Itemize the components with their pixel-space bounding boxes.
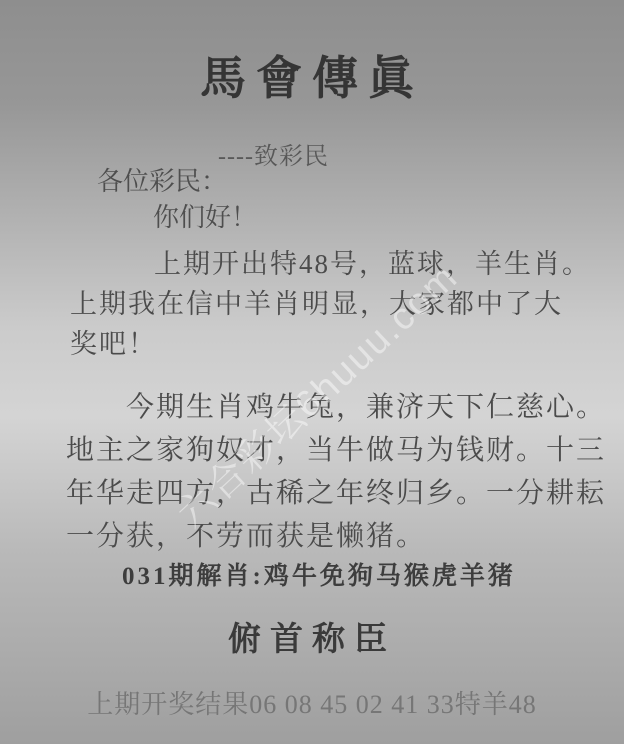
greeting: 你们好！: [153, 197, 257, 234]
paragraph-line: 今期生肖鸡牛兔，兼济天下仁慈心。: [66, 386, 564, 429]
paragraph-previous-result: 上期开出特48号，蓝球，羊生肖。 上期我在信中羊肖明显，大家都中了大 奖吧！: [70, 244, 562, 364]
paragraph-line: 年华走四方，古稀之年终归乡。一分耕耘: [66, 472, 564, 515]
fax-letter-page: 馬會傳眞 ----致彩民 各位彩民： 你们好！ 上期开出特48号，蓝球，羊生肖。…: [0, 0, 624, 744]
paragraph-line: 地主之家狗奴才，当牛做马为钱财。十三: [66, 429, 564, 472]
closing-phrase: 俯首称臣: [0, 613, 624, 660]
paragraph-line: 上期开出特48号，蓝球，羊生肖。: [70, 244, 562, 284]
paragraph-current-hint: 今期生肖鸡牛兔，兼济天下仁慈心。 地主之家狗奴才，当牛做马为钱财。十三 年华走四…: [66, 386, 564, 558]
salutation: 各位彩民：: [97, 161, 227, 198]
last-draw-results: 上期开奖结果06 08 45 02 41 33特羊48: [0, 684, 624, 721]
page-title: 馬會傳眞: [0, 42, 624, 108]
dedication-line: ----致彩民: [218, 136, 329, 171]
paragraph-line: 上期我在信中羊肖明显，大家都中了大: [70, 284, 562, 324]
paragraph-line: 奖吧！: [70, 324, 562, 364]
paragraph-line: 一分获，不劳而获是懒猪。: [66, 515, 564, 558]
zodiac-solution-line: 031期解肖:鸡牛免狗马猴虎羊猪: [122, 556, 516, 592]
